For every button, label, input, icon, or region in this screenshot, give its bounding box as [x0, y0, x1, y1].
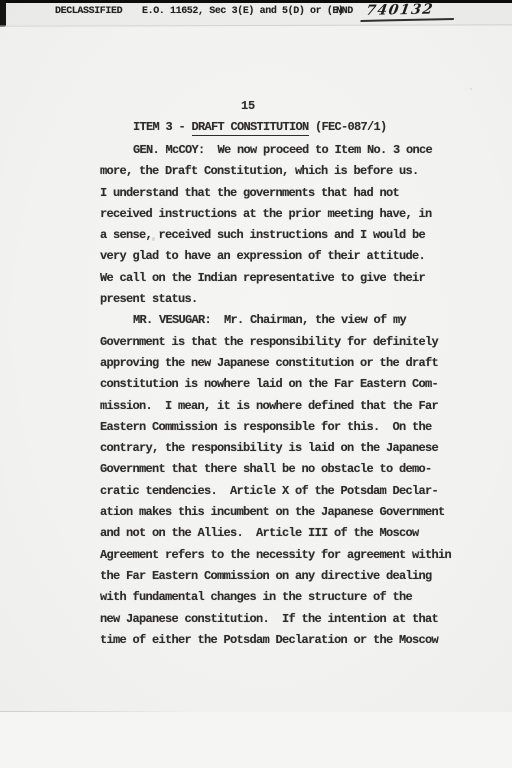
typescript-line: cratic tendencies. Article X of the Pots…	[100, 481, 460, 502]
scanned-document-page: DECLASSIFIED E.O. 11652, Sec 3(E) and 5(…	[0, 0, 512, 768]
typescript-line: present status.	[100, 289, 460, 310]
typescript-line: with fundamental changes in the structur…	[100, 587, 460, 608]
typescript-line: contrary, the responsibility is laid on …	[100, 438, 460, 459]
stamp-nnd-number-handwritten: 740132	[360, 1, 457, 22]
typescript-line: constitution is nowhere laid on the Far …	[100, 374, 460, 395]
typescript-line: new Japanese constitution. If the intent…	[100, 609, 460, 630]
item-heading-prefix: ITEM 3 -	[133, 120, 192, 134]
typescript-line: approving the new Japanese constitution …	[100, 353, 460, 374]
typescript-line: GEN. McCOY: We now proceed to Item No. 3…	[100, 140, 460, 161]
typescript-line: time of either the Potsdam Declaration o…	[100, 630, 460, 651]
stamp-executive-order-citation: E.O. 11652, Sec 3(E) and 5(D) or (E)	[142, 6, 344, 17]
item-heading-suffix: (FEC-087/1)	[309, 120, 387, 134]
scan-speck	[152, 237, 155, 241]
typescript-line: MR. VESUGAR: Mr. Chairman, the view of m…	[100, 310, 460, 331]
page-number: 15	[241, 99, 255, 113]
typescript-line: Government that there shall be no obstac…	[100, 459, 460, 480]
typescript-line: Eastern Commission is responsible for th…	[100, 417, 460, 438]
paper-bottom-strip	[0, 712, 512, 768]
scan-speck	[470, 88, 472, 90]
typescript-line: We call on the Indian representative to …	[100, 268, 460, 289]
typescript-line: more, the Draft Constitution, which is b…	[100, 161, 460, 182]
typescript-line: Agreement refers to the necessity for ag…	[100, 545, 460, 566]
typescript-body: GEN. McCOY: We now proceed to Item No. 3…	[100, 140, 460, 651]
stamp-declassified-label: DECLASSIFIED	[55, 6, 122, 17]
typescript-line: a sense, received such instructions and …	[100, 225, 460, 246]
stamp-nnd-label: NND	[336, 6, 353, 17]
typescript-line: the Far Eastern Commission on any direct…	[100, 566, 460, 587]
typescript-line: ation makes this incumbent on the Japane…	[100, 502, 460, 523]
typescript-line: Government is that the responsibility fo…	[100, 332, 460, 353]
typescript-line: received instructions at the prior meeti…	[100, 204, 460, 225]
scan-corner-mark	[0, 0, 6, 27]
typescript-line: mission. I mean, it is nowhere defined t…	[100, 396, 460, 417]
typescript-line: very glad to have an expression of their…	[100, 246, 460, 267]
item-heading: ITEM 3 - DRAFT CONSTITUTION (FEC-087/1)	[133, 120, 387, 134]
typescript-line: and not on the Allies. Article III of th…	[100, 523, 460, 544]
item-heading-underlined-title: DRAFT CONSTITUTION	[192, 120, 309, 136]
typescript-line: I understand that the governments that h…	[100, 183, 460, 204]
stamp-divider-line	[0, 24, 512, 26]
